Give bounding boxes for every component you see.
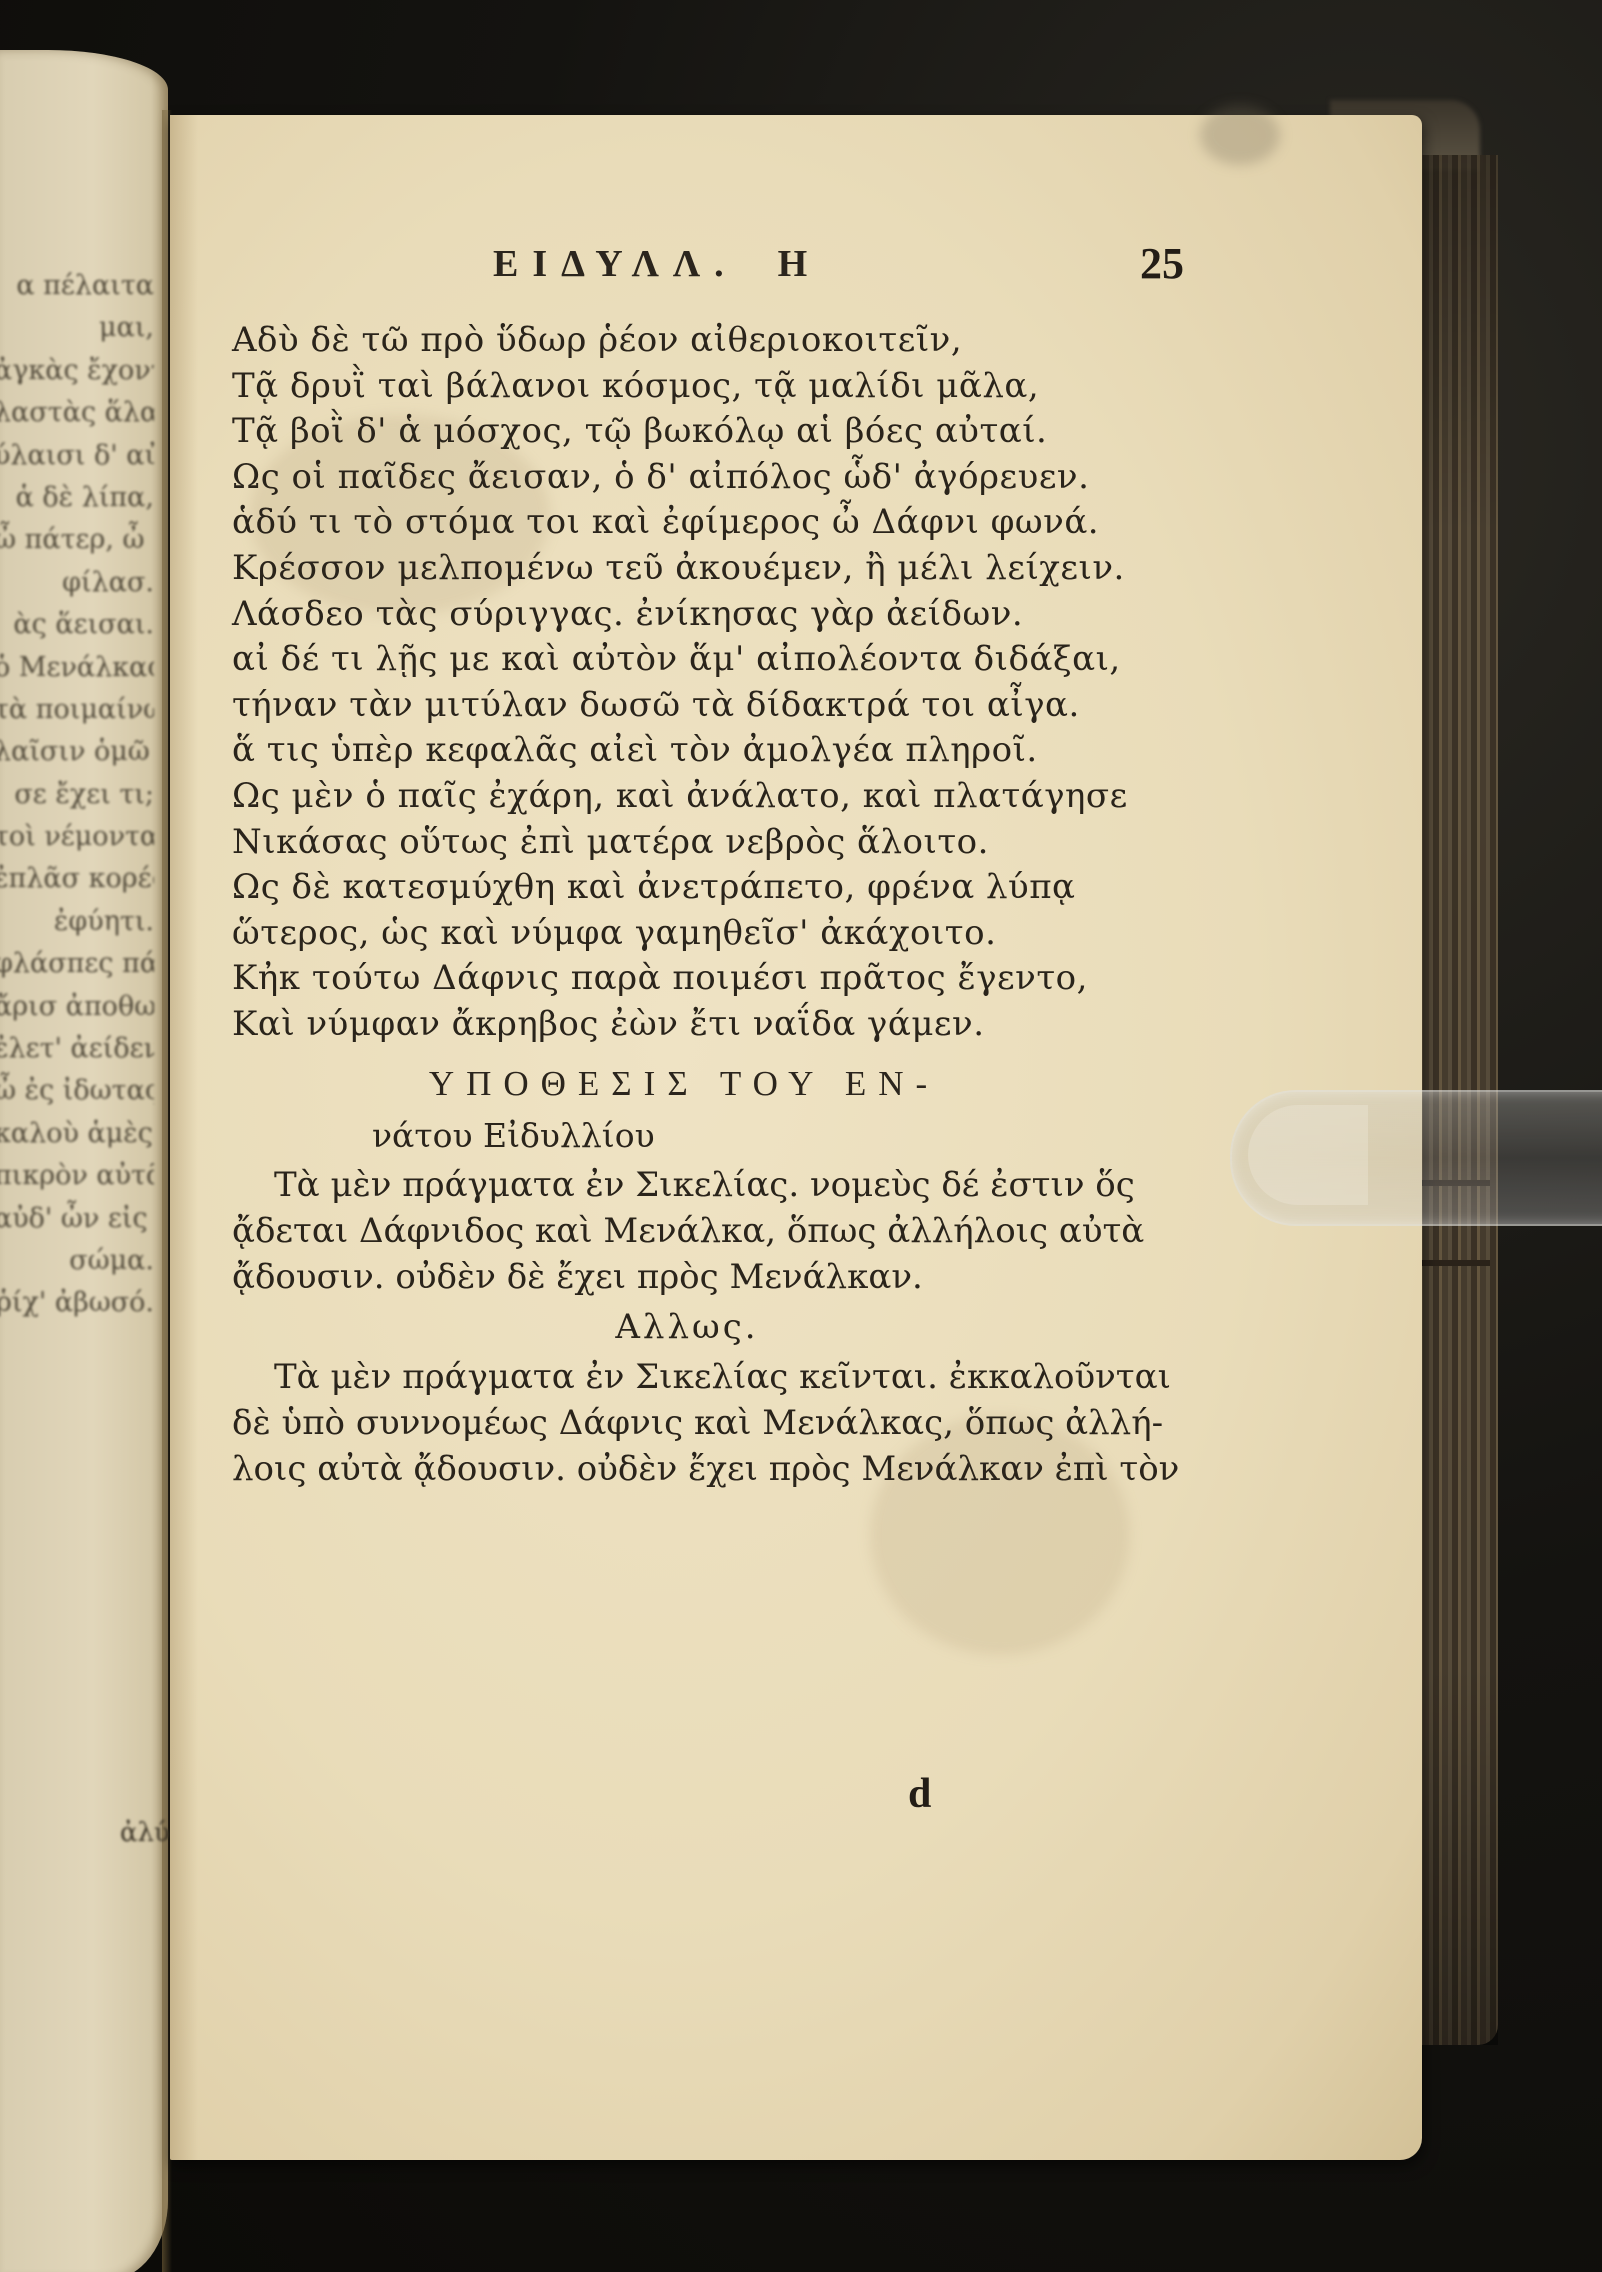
verso-line: καλοὺ ἁμὲς ἔφα [0, 1113, 154, 1155]
verso-line: ὁ Μενάλκας. [0, 647, 154, 689]
verso-line: ἄρισ ἀποθωμαι. [0, 986, 154, 1028]
hypothesis-paragraph: Τὰ μὲν πράγματα ἐν Σικελίας. νομεὺς δέ ἐ… [232, 1162, 1112, 1300]
hypothesis-heading: ΥΠΟΘΕΣΙΣ ΤΟΥ ΕΝ- [232, 1058, 1112, 1110]
running-head-title: ΕΙΔΥΛΛ. [493, 243, 738, 285]
verse-line: Ως μὲν ὁ παῖς ἐχάρη, καὶ ἀνάλατο, καὶ πλ… [232, 774, 1112, 820]
verse-line: Νικάσας οὕτως ἐπὶ ματέρα νεβρὸς ἅλοιτο. [232, 820, 1112, 866]
verso-line: ὦ ἐς ἰδωτας (σκεν. [0, 1070, 154, 1112]
verse-line: Ως δὲ κατεσμύχθη καὶ ἀνετράπετο, φρένα λ… [232, 865, 1112, 911]
prose-line: λοις αὐτὰ ᾄδουσιν. οὐδὲν ἔχει πρὸς Μενάλ… [232, 1446, 1112, 1492]
poem-verses: Αδὺ δὲ τῶ πρὸ ὕδωρ ῥέον αἰθεριοκοιτεῖν, … [232, 318, 1112, 1048]
verso-line: φλάσπες πάγκυ. [0, 943, 154, 985]
verso-line: αὐδ' ὦν εἰς πτον. [0, 1198, 154, 1240]
verso-line: τὰ ποιμαίνων μέν. [0, 689, 154, 731]
prose-line: ᾄδουσιν. οὐδὲν δὲ ἔχει πρὸς Μενάλκαν. [232, 1254, 1112, 1300]
alternate-heading: Αλλως. [232, 1300, 1112, 1354]
verse-line: ἅ τις ὑπὲρ κεφαλᾶς αἰεὶ τὸν ἀμολγέα πληρ… [232, 728, 1112, 774]
verso-line: ἀγκὰς ἔχοντα, [0, 350, 154, 392]
prose-line: Τὰ μὲν πράγματα ἐν Σικελίας κεῖνται. ἐκκ… [232, 1354, 1112, 1400]
page-holder-tip [1248, 1105, 1368, 1205]
verse-line: Τᾷ δρυῒ ταὶ βάλανοι κόσμος, τᾷ μαλίδι μᾶ… [232, 364, 1112, 410]
verso-line: πικρὸν αὐτᾶ. [0, 1155, 154, 1197]
verse-line: Κρέσσον μελπομένω τεῦ ἀκουέμεν, ἢ μέλι λ… [232, 546, 1112, 592]
prose-line: δὲ ὑπὸ συννομέως Δάφνις καὶ Μενάλκας, ὅπ… [232, 1400, 1112, 1446]
text-block: Αδὺ δὲ τῶ πρὸ ὕδωρ ῥέον αἰθεριοκοιτεῖν, … [232, 318, 1112, 1492]
verso-line: λαστὰς ἅλα, [0, 392, 154, 434]
verso-line: σώμα. [0, 1240, 154, 1282]
verso-catchword: ἀλύ [120, 1818, 170, 1848]
verso-line: ἐφύητι. [0, 901, 154, 943]
verso-line: φίλασ. [0, 562, 154, 604]
verso-line: σε ἔχει τι; [0, 774, 154, 816]
verse-line: Λάσδεο τὰς σύριγγας. ἐνίκησας γὰρ ἀείδων… [232, 592, 1112, 638]
idyll-number: Η [778, 243, 822, 285]
verse-line: τήναν τὰν μιτύλαν δωσῶ τὰ δίδακτρά τοι α… [232, 683, 1112, 729]
verse-line: ἁδύ τι τὸ στόμα τοι καὶ ἐφίμερος ὦ Δάφνι… [232, 500, 1112, 546]
verse-line: Καὶ νύμφαν ἄκρηβος ἐὼν ἔτι ναΐδα γάμεν. [232, 1002, 1112, 1048]
alternate-paragraph: Τὰ μὲν πράγματα ἐν Σικελίας κεῖνται. ἐκκ… [232, 1354, 1112, 1492]
hypothesis-heading-continuation: νάτου Εἰδυλλίου [232, 1110, 1112, 1162]
verso-line: ὦ πάτερ, ὦ Ζεῦ [0, 519, 154, 561]
verso-line: ύλαισι δ' αὐχμός, [0, 435, 154, 477]
verso-line: ῥίχ' ἀβωσό. [0, 1282, 154, 1324]
verso-line: α πέλαιτα [0, 265, 154, 307]
verse-line: Κἠκ τούτω Δάφνις παρὰ ποιμέσι πρᾶτος ἔγε… [232, 956, 1112, 1002]
verso-line: ἁ δὲ λίπα, [0, 477, 154, 519]
verso-page: α πέλαιτα μαι, ἀγκὰς ἔχοντα, λαστὰς ἅλα,… [0, 50, 168, 2272]
verso-line: ὰς ἅεισαι. [0, 604, 154, 646]
prose-line: Τὰ μὲν πράγματα ἐν Σικελίας. νομεὺς δέ ἐ… [232, 1162, 1112, 1208]
verso-line: λαῖσιν ὁμῶ τῷ. [0, 731, 154, 773]
running-head: ΕΙΔΥΛΛ.Η [493, 242, 821, 286]
verse-line: ὥτερος, ὡς καὶ νύμφα γαμηθεῖσ' ἀκάχοιτο. [232, 911, 1112, 957]
verse-line: Τᾷ βοῒ δ' ἁ μόσχος, τῷ βωκόλῳ αἱ βόες αὐ… [232, 409, 1112, 455]
verso-line: ἐπλᾶσ κορέσκεαι [0, 858, 154, 900]
verso-line: ἐλετ' ἀείδεν. [0, 1028, 154, 1070]
paper-stain [1200, 105, 1280, 165]
prose-line: ᾄδεται Δάφνιδος καὶ Μενάλκα, ὅπως ἀλλήλο… [232, 1208, 1112, 1254]
verso-line: μαι, [0, 307, 154, 349]
verso-text-fragments: α πέλαιτα μαι, ἀγκὰς ἔχοντα, λαστὰς ἅλα,… [0, 265, 164, 1325]
verse-line: αἰ δέ τι λῇς με καὶ αὐτὸν ἅμ' αἰπολέοντα… [232, 637, 1112, 683]
verse-line: Ως οἱ παῖδες ἄεισαν, ὁ δ' αἰπόλος ὧδ' ἀγ… [232, 455, 1112, 501]
verso-line: τοὶ νέμονται. [0, 816, 154, 858]
page-number: 25 [1140, 238, 1184, 289]
verse-line: Αδὺ δὲ τῶ πρὸ ὕδωρ ῥέον αἰθεριοκοιτεῖν, [232, 318, 1112, 364]
signature-mark: d [908, 1770, 931, 1818]
